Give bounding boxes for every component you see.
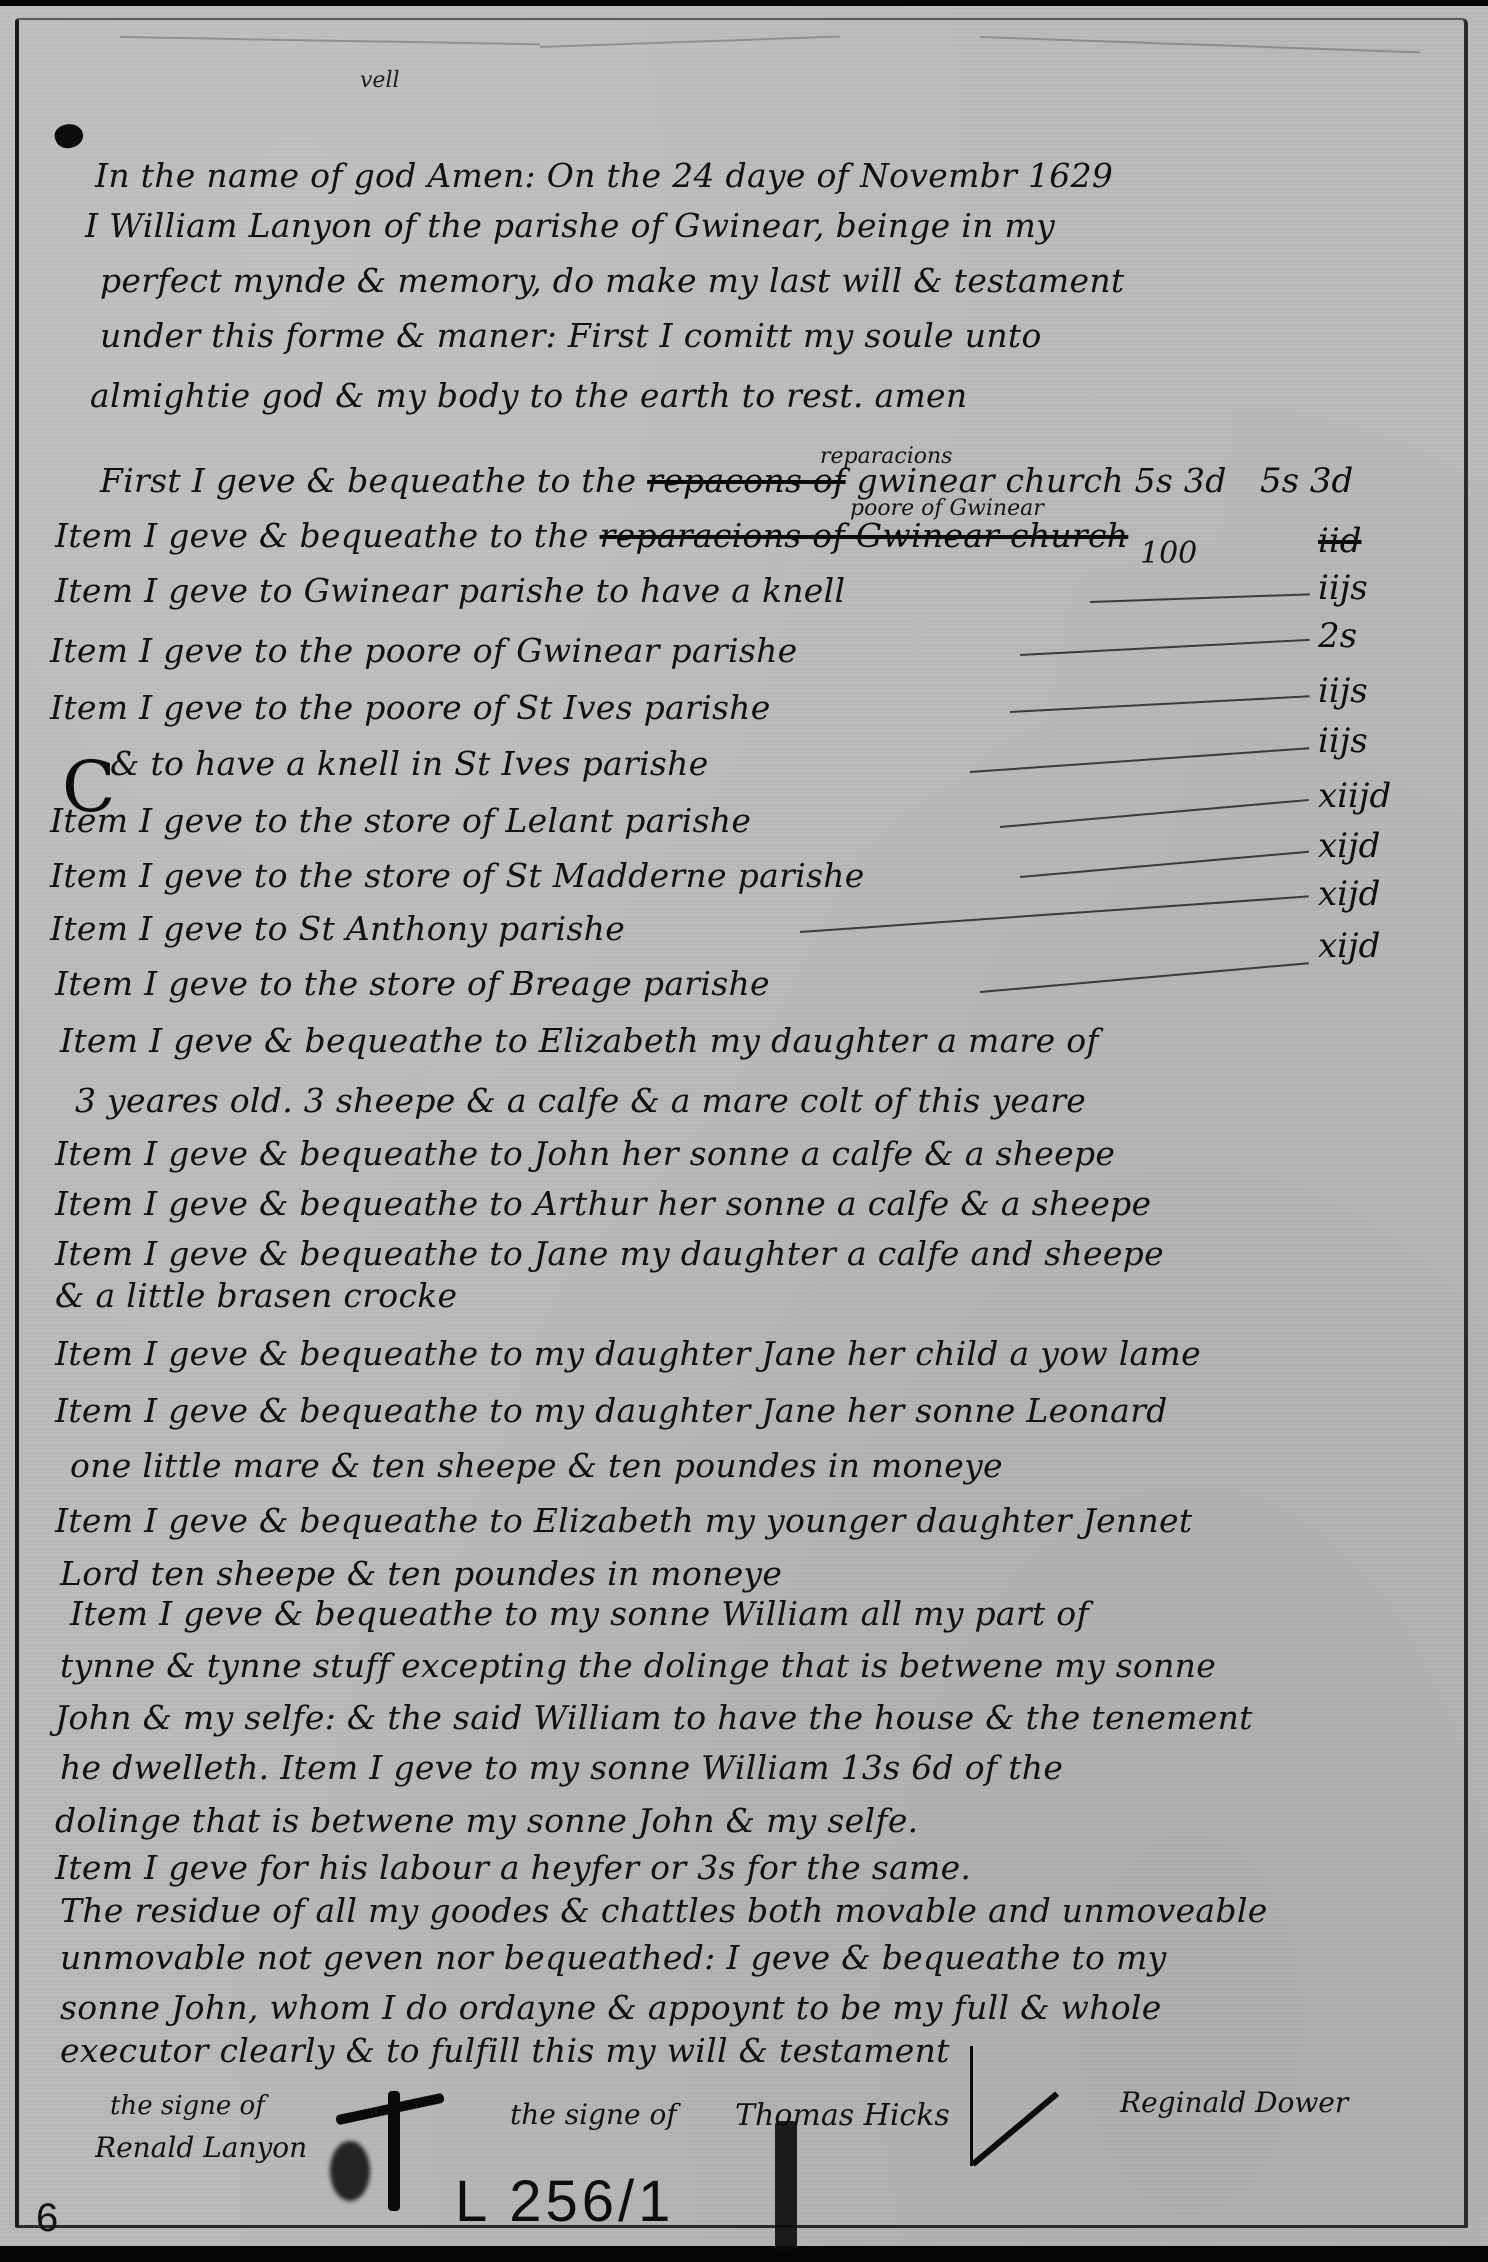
amount: xijd bbox=[1318, 826, 1380, 866]
marginal-note: 100 bbox=[1140, 536, 1197, 571]
amount: iijs bbox=[1318, 721, 1368, 761]
will-line: Item I geve & bequeathe to Arthur her so… bbox=[55, 1184, 1151, 1224]
bequest-text: Item I geve & bequeathe to the bbox=[55, 516, 589, 555]
folio-number: 6 bbox=[36, 2196, 58, 2241]
third-witness-signature: Reginald Dower bbox=[1120, 2086, 1348, 2119]
will-line: & to have a knell in St Ives parishe bbox=[110, 744, 709, 784]
bequest-continuation: gwinear church 5s 3d bbox=[856, 461, 1226, 500]
manuscript-page: vell In the name of god Amen: On the 24 … bbox=[0, 6, 1488, 2246]
amount: 2s bbox=[1318, 616, 1357, 656]
testator-mark-label: the signe of bbox=[510, 2098, 677, 2131]
amount: iijs bbox=[1318, 671, 1368, 711]
will-line: Item I geve & bequeathe to my sonne Will… bbox=[70, 1594, 1089, 1634]
amount: 5s 3d bbox=[1260, 461, 1353, 501]
witness-mark-icon bbox=[970, 2046, 973, 2166]
ink-smudge bbox=[330, 2141, 370, 2201]
will-line: dolinge that is betwene my sonne John & … bbox=[55, 1801, 918, 1841]
ink-stroke bbox=[775, 2121, 797, 2251]
struck-text: reparacions of Gwinear church bbox=[600, 516, 1129, 555]
will-line: In the name of god Amen: On the 24 daye … bbox=[95, 156, 1113, 196]
will-line: unmovable not geven nor bequeathed: I ge… bbox=[60, 1938, 1167, 1978]
will-line: Item I geve to Gwinear parishe to have a… bbox=[55, 571, 845, 611]
will-line: Item I geve for his labour a heyfer or 3… bbox=[55, 1848, 971, 1888]
bequest-text: First I geve & bequeathe to the bbox=[100, 461, 636, 500]
will-line-bequest: First I geve & bequeathe to the repacons… bbox=[100, 461, 1227, 501]
will-line: tynne & tynne stuff excepting the doling… bbox=[60, 1646, 1216, 1686]
header-note: vell bbox=[360, 68, 400, 93]
will-line: he dwelleth. Item I geve to my sonne Wil… bbox=[60, 1748, 1063, 1788]
will-line: Item I geve & bequeathe to Elizabeth my … bbox=[60, 1021, 1099, 1061]
will-line: The residue of all my goodes & chattles … bbox=[60, 1891, 1268, 1931]
will-line: perfect mynde & memory, do make my last … bbox=[100, 261, 1124, 301]
will-line: Item I geve & bequeathe to John her sonn… bbox=[55, 1134, 1115, 1174]
will-line: Lord ten sheepe & ten poundes in moneye bbox=[60, 1554, 782, 1594]
second-witness-signature: Thomas Hicks bbox=[735, 2098, 950, 2133]
will-line: Item I geve to the store of Lelant paris… bbox=[50, 801, 751, 841]
will-line: & a little brasen crocke bbox=[55, 1276, 457, 1316]
will-line: executor clearly & to fulfill this my wi… bbox=[60, 2031, 950, 2071]
will-line: under this forme & maner: First I comitt… bbox=[100, 316, 1042, 356]
will-line: Item I geve to the poore of St Ives pari… bbox=[50, 688, 771, 728]
amount: xijd bbox=[1318, 926, 1380, 966]
will-line: Item I geve & bequeathe to Elizabeth my … bbox=[55, 1501, 1192, 1541]
will-line: 3 yeares old. 3 sheepe & a calfe & a mar… bbox=[75, 1081, 1086, 1121]
will-line: one little mare & ten sheepe & ten pound… bbox=[70, 1446, 1003, 1486]
will-line: John & my selfe: & the said William to h… bbox=[55, 1698, 1253, 1738]
will-line: Item I geve & bequeathe to my daughter J… bbox=[55, 1391, 1168, 1431]
will-line: sonne John, whom I do ordayne & appoynt … bbox=[60, 1988, 1162, 2028]
will-line: I William Lanyon of the parishe of Gwine… bbox=[85, 206, 1055, 246]
amount: xiijd bbox=[1318, 776, 1391, 816]
archive-reference: L 256/1 bbox=[455, 2168, 674, 2235]
will-line: Item I geve to St Anthony parishe bbox=[50, 909, 625, 949]
will-line: Item I geve & bequeathe to Jane my daugh… bbox=[55, 1234, 1164, 1274]
will-line: Item I geve to the poore of Gwinear pari… bbox=[50, 631, 797, 671]
witness-signature: Renald Lanyon bbox=[95, 2131, 307, 2164]
amount-struck: iid bbox=[1318, 521, 1362, 561]
witness-label: the signe of bbox=[110, 2091, 265, 2121]
will-line-bequest: Item I geve & bequeathe to the reparacio… bbox=[55, 516, 1128, 556]
will-line: Item I geve & bequeathe to my daughter J… bbox=[55, 1334, 1201, 1374]
amount: xijd bbox=[1318, 874, 1380, 914]
struck-text: repacons of bbox=[647, 461, 846, 500]
will-line: Item I geve to the store of St Madderne … bbox=[50, 856, 865, 896]
amount: iijs bbox=[1318, 568, 1368, 608]
will-line: Item I geve to the store of Breage paris… bbox=[55, 964, 770, 1004]
will-line: almightie god & my body to the earth to … bbox=[90, 376, 967, 416]
